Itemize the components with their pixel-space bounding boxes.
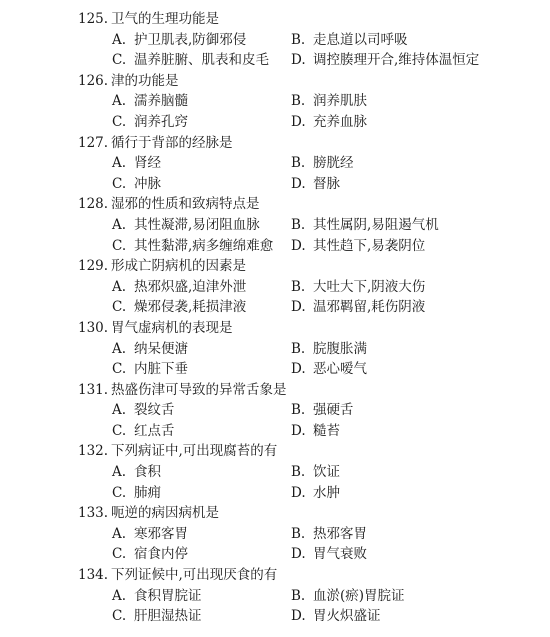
option-text: 纳呆便溏 <box>134 341 188 357</box>
option-text: 燥邪侵袭,耗损津液 <box>134 299 246 315</box>
option-text: 调控腠理开合,维持体温恒定 <box>313 52 479 68</box>
option-c[interactable]: C.其性黏滞,病多缠绵难愈 <box>112 236 273 257</box>
option-text: 护卫肌表,防御邪侵 <box>134 32 246 48</box>
options-row: C.肺痈 D.水肿 <box>78 483 538 504</box>
option-c[interactable]: C.红点舌 <box>112 421 175 442</box>
option-letter: B. <box>291 524 313 545</box>
question: 133.呃逆的病因病机是 A.寒邪客胃 B.热邪客胃 C.宿食内停 D.胃气衰败 <box>78 503 538 565</box>
option-d[interactable]: D.恶心嗳气 <box>291 359 367 380</box>
question-number: 134. <box>78 565 111 586</box>
question-stem: 125.卫气的生理功能是 <box>78 9 538 30</box>
option-a[interactable]: A.护卫肌表,防御邪侵 <box>112 30 246 51</box>
option-letter: A. <box>112 400 134 421</box>
option-text: 脘腹胀满 <box>313 341 367 357</box>
option-letter: C. <box>112 483 134 504</box>
question-number: 129. <box>78 256 111 277</box>
option-text: 肺痈 <box>134 485 161 501</box>
options-row: A.纳呆便溏 B.脘腹胀满 <box>78 339 538 360</box>
options-row: A.寒邪客胃 B.热邪客胃 <box>78 524 538 545</box>
option-letter: A. <box>112 277 134 298</box>
option-d[interactable]: D.其性趋下,易袭阴位 <box>291 236 425 257</box>
option-d[interactable]: D.调控腠理开合,维持体温恒定 <box>291 50 479 71</box>
question-text: 形成亡阴病机的因素是 <box>111 258 246 274</box>
question-list: 125.卫气的生理功能是 A.护卫肌表,防御邪侵 B.走息道以司呼吸 C.温养脏… <box>78 9 538 627</box>
option-letter: A. <box>112 215 134 236</box>
option-text: 食积胃脘证 <box>134 588 202 604</box>
options-row: C.肝胆湿热证 D.胃火炽盛证 <box>78 606 538 627</box>
option-text: 水肿 <box>313 485 340 501</box>
option-text: 食积 <box>134 464 161 480</box>
question: 126.津的功能是 A.濡养脑髓 B.润养肌肤 C.润养孔窍 D.充养血脉 <box>78 71 538 133</box>
option-text: 温养脏腑、肌表和皮毛 <box>134 52 269 68</box>
exam-page: 125.卫气的生理功能是 A.护卫肌表,防御邪侵 B.走息道以司呼吸 C.温养脏… <box>0 0 550 637</box>
option-text: 胃气衰败 <box>313 546 367 562</box>
question: 127.循行于背部的经脉是 A.肾经 B.膀胱经 C.冲脉 D.督脉 <box>78 133 538 195</box>
question: 125.卫气的生理功能是 A.护卫肌表,防御邪侵 B.走息道以司呼吸 C.温养脏… <box>78 9 538 71</box>
option-text: 血淤(瘀)胃脘证 <box>313 588 405 604</box>
option-c[interactable]: C.肝胆湿热证 <box>112 606 202 627</box>
question-stem: 127.循行于背部的经脉是 <box>78 133 538 154</box>
option-text: 饮证 <box>313 464 340 480</box>
question: 130.胃气虚病机的表现是 A.纳呆便溏 B.脘腹胀满 C.内脏下垂 D.恶心嗳… <box>78 318 538 380</box>
option-c[interactable]: C.温养脏腑、肌表和皮毛 <box>112 50 269 71</box>
question-stem: 133.呃逆的病因病机是 <box>78 503 538 524</box>
option-b[interactable]: B.润养肌肤 <box>291 91 367 112</box>
option-letter: B. <box>291 215 313 236</box>
option-text: 红点舌 <box>134 423 175 439</box>
options-row: A.食积 B.饮证 <box>78 462 538 483</box>
question-text: 下列病证中,可出现腐苔的有 <box>111 443 277 459</box>
option-letter: B. <box>291 153 313 174</box>
question-stem: 128.湿邪的性质和致病特点是 <box>78 194 538 215</box>
option-text: 走息道以司呼吸 <box>313 32 408 48</box>
option-text: 强硬舌 <box>313 402 354 418</box>
question-stem: 129.形成亡阴病机的因素是 <box>78 256 538 277</box>
option-d[interactable]: D.督脉 <box>291 174 340 195</box>
question-stem: 132.下列病证中,可出现腐苔的有 <box>78 441 538 462</box>
options-row: A.护卫肌表,防御邪侵 B.走息道以司呼吸 <box>78 30 538 51</box>
option-letter: D. <box>291 112 313 133</box>
option-letter: C. <box>112 359 134 380</box>
option-text: 寒邪客胃 <box>134 526 188 542</box>
options-row: A.热邪炽盛,迫津外泄 B.大吐大下,阴液大伤 <box>78 277 538 298</box>
option-text: 内脏下垂 <box>134 361 188 377</box>
question-stem: 131.热盛伤津可导致的异常舌象是 <box>78 380 538 401</box>
option-c[interactable]: C.宿食内停 <box>112 544 188 565</box>
option-text: 热邪客胃 <box>313 526 367 542</box>
option-a[interactable]: A.食积 <box>112 462 161 483</box>
option-letter: A. <box>112 339 134 360</box>
options-row: C.燥邪侵袭,耗损津液 D.温邪羁留,耗伤阴液 <box>78 297 538 318</box>
option-c[interactable]: C.内脏下垂 <box>112 359 188 380</box>
option-c[interactable]: C.润养孔窍 <box>112 112 188 133</box>
question-number: 126. <box>78 71 111 92</box>
question-stem: 126.津的功能是 <box>78 71 538 92</box>
option-letter: A. <box>112 91 134 112</box>
option-text: 其性黏滞,病多缠绵难愈 <box>134 238 273 254</box>
option-a[interactable]: A.纳呆便溏 <box>112 339 188 360</box>
question-text: 湿邪的性质和致病特点是 <box>111 196 260 212</box>
option-letter: B. <box>291 462 313 483</box>
option-letter: C. <box>112 297 134 318</box>
option-letter: A. <box>112 524 134 545</box>
option-text: 督脉 <box>313 176 340 192</box>
option-text: 热邪炽盛,迫津外泄 <box>134 279 246 295</box>
question: 129.形成亡阴病机的因素是 A.热邪炽盛,迫津外泄 B.大吐大下,阴液大伤 C… <box>78 256 538 318</box>
options-row: A.食积胃脘证 B.血淤(瘀)胃脘证 <box>78 586 538 607</box>
options-row: A.濡养脑髓 B.润养肌肤 <box>78 91 538 112</box>
option-d[interactable]: D.充养血脉 <box>291 112 367 133</box>
option-c[interactable]: C.燥邪侵袭,耗损津液 <box>112 297 246 318</box>
option-a[interactable]: A.寒邪客胃 <box>112 524 188 545</box>
option-letter: D. <box>291 544 313 565</box>
question-number: 133. <box>78 503 111 524</box>
option-text: 大吐大下,阴液大伤 <box>313 279 425 295</box>
options-row: C.温养脏腑、肌表和皮毛 D.调控腠理开合,维持体温恒定 <box>78 50 538 71</box>
option-letter: D. <box>291 50 313 71</box>
option-c[interactable]: C.肺痈 <box>112 483 161 504</box>
option-d[interactable]: D.水肿 <box>291 483 340 504</box>
option-letter: D. <box>291 236 313 257</box>
question-text: 胃气虚病机的表现是 <box>111 320 233 336</box>
option-b[interactable]: B.血淤(瘀)胃脘证 <box>291 586 405 607</box>
option-a[interactable]: A.裂纹舌 <box>112 400 175 421</box>
option-text: 裂纹舌 <box>134 402 175 418</box>
option-letter: B. <box>291 30 313 51</box>
option-letter: C. <box>112 544 134 565</box>
option-b[interactable]: B.膀胱经 <box>291 153 354 174</box>
option-text: 肝胆湿热证 <box>134 608 202 624</box>
option-d[interactable]: D.温邪羁留,耗伤阴液 <box>291 297 425 318</box>
question-number: 125. <box>78 9 111 30</box>
option-a[interactable]: A.热邪炽盛,迫津外泄 <box>112 277 246 298</box>
option-b[interactable]: B.强硬舌 <box>291 400 354 421</box>
option-text: 充养血脉 <box>313 114 367 130</box>
options-row: C.冲脉 D.督脉 <box>78 174 538 195</box>
option-letter: C. <box>112 421 134 442</box>
option-letter: C. <box>112 236 134 257</box>
option-text: 其性趋下,易袭阴位 <box>313 238 425 254</box>
option-c[interactable]: C.冲脉 <box>112 174 161 195</box>
option-letter: D. <box>291 174 313 195</box>
question-text: 下列证候中,可出现厌食的有 <box>111 567 277 583</box>
option-text: 其性凝滞,易闭阻血脉 <box>134 217 260 233</box>
option-letter: B. <box>291 277 313 298</box>
option-d[interactable]: D.胃气衰败 <box>291 544 367 565</box>
option-letter: D. <box>291 297 313 318</box>
options-row: A.裂纹舌 B.强硬舌 <box>78 400 538 421</box>
question-number: 130. <box>78 318 111 339</box>
option-letter: B. <box>291 586 313 607</box>
option-a[interactable]: A.濡养脑髓 <box>112 91 188 112</box>
option-letter: C. <box>112 606 134 627</box>
question-text: 热盛伤津可导致的异常舌象是 <box>111 382 287 398</box>
question: 128.湿邪的性质和致病特点是 A.其性凝滞,易闭阻血脉 B.其性属阴,易阻遏气… <box>78 194 538 256</box>
option-text: 濡养脑髓 <box>134 93 188 109</box>
option-letter: A. <box>112 586 134 607</box>
options-row: C.内脏下垂 D.恶心嗳气 <box>78 359 538 380</box>
option-d[interactable]: D.胃火炽盛证 <box>291 606 381 627</box>
option-text: 宿食内停 <box>134 546 188 562</box>
option-b[interactable]: B.饮证 <box>291 462 340 483</box>
question: 134.下列证候中,可出现厌食的有 A.食积胃脘证 B.血淤(瘀)胃脘证 C.肝… <box>78 565 538 627</box>
options-row: A.其性凝滞,易闭阻血脉 B.其性属阴,易阻遏气机 <box>78 215 538 236</box>
option-text: 膀胱经 <box>313 155 354 171</box>
question-text: 卫气的生理功能是 <box>111 11 219 27</box>
option-letter: C. <box>112 174 134 195</box>
options-row: C.润养孔窍 D.充养血脉 <box>78 112 538 133</box>
option-text: 其性属阴,易阻遏气机 <box>313 217 439 233</box>
option-text: 恶心嗳气 <box>313 361 367 377</box>
question-stem: 134.下列证候中,可出现厌食的有 <box>78 565 538 586</box>
option-letter: A. <box>112 153 134 174</box>
option-b[interactable]: B.大吐大下,阴液大伤 <box>291 277 425 298</box>
option-letter: D. <box>291 421 313 442</box>
option-letter: A. <box>112 30 134 51</box>
option-b[interactable]: B.热邪客胃 <box>291 524 367 545</box>
options-row: A.肾经 B.膀胱经 <box>78 153 538 174</box>
question-number: 132. <box>78 441 111 462</box>
question-number: 128. <box>78 194 111 215</box>
option-text: 糙苔 <box>313 423 340 439</box>
option-text: 温邪羁留,耗伤阴液 <box>313 299 425 315</box>
option-letter: C. <box>112 50 134 71</box>
question: 132.下列病证中,可出现腐苔的有 A.食积 B.饮证 C.肺痈 D.水肿 <box>78 441 538 503</box>
question-text: 津的功能是 <box>111 73 179 89</box>
option-letter: D. <box>291 483 313 504</box>
question-text: 循行于背部的经脉是 <box>111 135 233 151</box>
option-text: 润养肌肤 <box>313 93 367 109</box>
options-row: C.宿食内停 D.胃气衰败 <box>78 544 538 565</box>
option-text: 胃火炽盛证 <box>313 608 381 624</box>
option-letter: D. <box>291 606 313 627</box>
option-b[interactable]: B.走息道以司呼吸 <box>291 30 408 51</box>
option-b[interactable]: B.脘腹胀满 <box>291 339 367 360</box>
option-b[interactable]: B.其性属阴,易阻遏气机 <box>291 215 439 236</box>
question-number: 131. <box>78 380 111 401</box>
question-stem: 130.胃气虚病机的表现是 <box>78 318 538 339</box>
option-text: 冲脉 <box>134 176 161 192</box>
option-letter: D. <box>291 359 313 380</box>
question-number: 127. <box>78 133 111 154</box>
question-text: 呃逆的病因病机是 <box>111 505 219 521</box>
options-row: C.红点舌 D.糙苔 <box>78 421 538 442</box>
option-text: 肾经 <box>134 155 161 171</box>
option-a[interactable]: A.其性凝滞,易闭阻血脉 <box>112 215 260 236</box>
option-letter: B. <box>291 400 313 421</box>
options-row: C.其性黏滞,病多缠绵难愈 D.其性趋下,易袭阴位 <box>78 236 538 257</box>
question: 131.热盛伤津可导致的异常舌象是 A.裂纹舌 B.强硬舌 C.红点舌 D.糙苔 <box>78 380 538 442</box>
option-letter: B. <box>291 91 313 112</box>
option-a[interactable]: A.食积胃脘证 <box>112 586 202 607</box>
option-letter: B. <box>291 339 313 360</box>
option-d[interactable]: D.糙苔 <box>291 421 340 442</box>
option-letter: C. <box>112 112 134 133</box>
option-a[interactable]: A.肾经 <box>112 153 161 174</box>
option-text: 润养孔窍 <box>134 114 188 130</box>
option-letter: A. <box>112 462 134 483</box>
